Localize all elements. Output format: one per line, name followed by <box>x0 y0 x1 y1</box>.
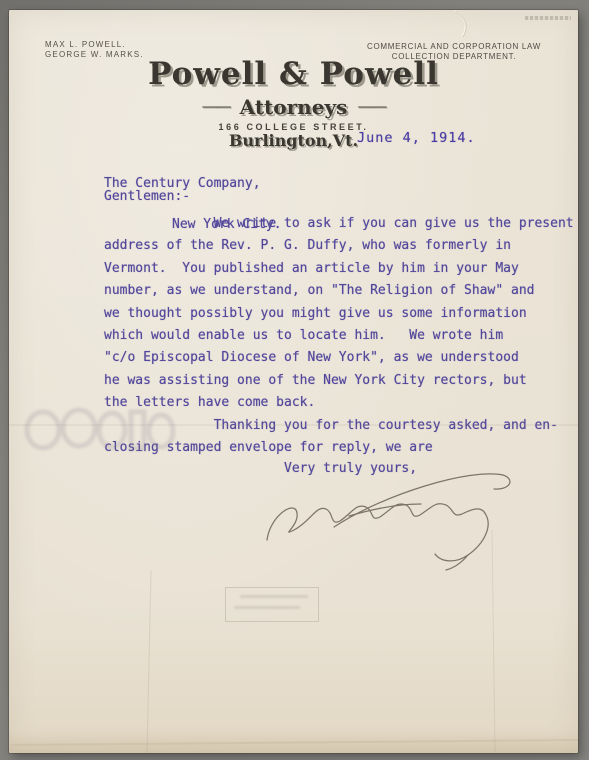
body-line: We write to ask if you can give us the p… <box>104 213 564 235</box>
letter-body: We write to ask if you can give us the p… <box>104 213 564 459</box>
firm-name: Powell & Powell <box>9 56 578 92</box>
body-line: we thought possibly you might give us so… <box>104 303 564 325</box>
department-line-1: COMMERCIAL AND CORPORATION LAW <box>349 42 559 52</box>
scan-background: MAX L. POWELL. GEORGE W. MARKS. COMMERCI… <box>0 0 589 760</box>
firm-subtitle-row: ——Attorneys—— <box>9 95 578 119</box>
printers-imprint-mark <box>525 16 571 20</box>
body-line: Thanking you for the courtesy asked, and… <box>104 415 564 437</box>
closing-line: Very truly yours, <box>284 461 417 476</box>
letter-paper: MAX L. POWELL. GEORGE W. MARKS. COMMERCI… <box>9 10 578 753</box>
bleed-through-stamp <box>225 587 319 622</box>
crease-top <box>455 10 465 36</box>
crease-vertical-right <box>492 530 495 753</box>
crease-vertical-left <box>147 570 151 753</box>
ornament-dash-left: —— <box>192 96 240 115</box>
partner-name-1: MAX L. POWELL. <box>45 40 144 50</box>
body-line: he was assisting one of the New York Cit… <box>104 370 564 392</box>
body-line: closing stamped envelope for reply, we a… <box>104 437 564 459</box>
date-line: June 4, 1914. <box>357 130 476 146</box>
bottom-fold <box>11 740 578 745</box>
body-line: the letters have come back. <box>104 392 564 414</box>
body-line: which would enable us to locate him. We … <box>104 325 564 347</box>
body-line: "c/o Episcopal Diocese of New York", as … <box>104 347 564 369</box>
body-line: number, as we understand, on "The Religi… <box>104 280 564 302</box>
firm-subtitle: Attorneys <box>240 95 348 119</box>
ornament-dash-right: —— <box>347 96 395 115</box>
body-line: Vermont. You published an article by him… <box>104 258 564 280</box>
city-line: Burlington,Vt. <box>9 131 578 150</box>
salutation: Gentlemen:- <box>104 189 190 204</box>
body-line: address of the Rev. P. G. Duffy, who was… <box>104 235 564 257</box>
